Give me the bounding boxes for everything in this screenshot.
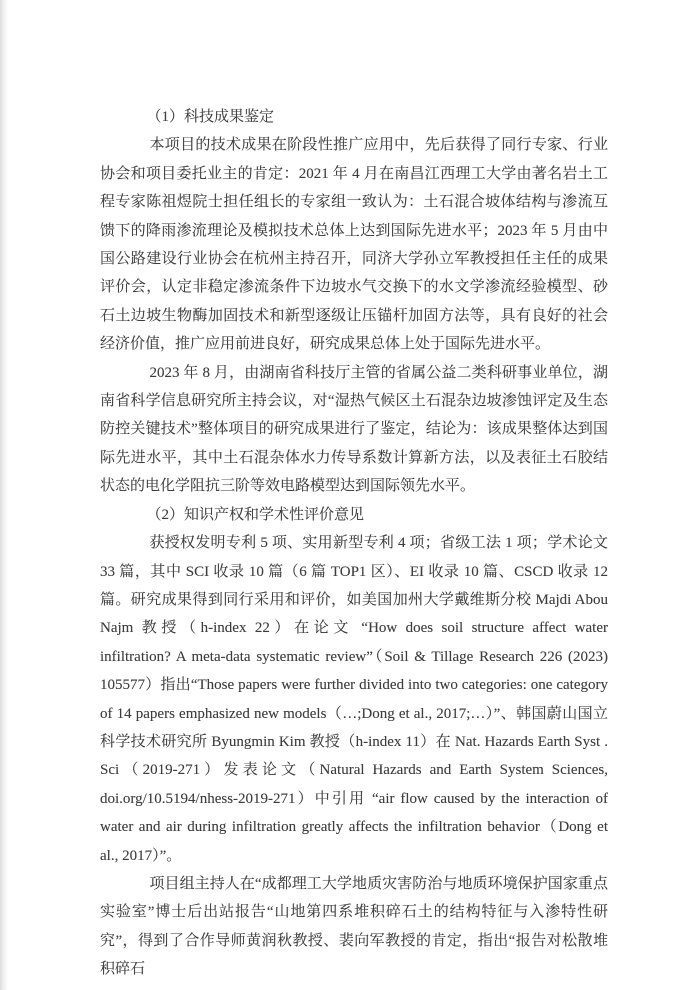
paragraph-postdoc-report: 项目组主持人在“成都理工大学地质灾害防治与地质环境保护国家重点实验室”博士后出站… [100,870,608,984]
section-heading-tech-achievement-appraisal: （1）科技成果鉴定 [100,103,608,131]
left-scan-shadow [0,0,8,990]
paragraph-patents-and-citations: 获授权发明专利 5 项、实用新型专利 4 项；省级工法 1 项；学术论文 33 … [100,529,608,870]
paragraph-appraisal-results: 本项目的技术成果在阶段性推广应用中，先后获得了同行专家、行业协会和项目委托业主的… [100,131,608,358]
page-content: （1）科技成果鉴定 本项目的技术成果在阶段性推广应用中，先后获得了同行专家、行业… [100,103,608,984]
paragraph-hunan-appraisal-meeting: 2023 年 8 月，由湖南省科技厅主管的省属公益二类科研事业单位，湖南省科学信… [100,359,608,501]
section-heading-ip-academic-evaluation: （2）知识产权和学术性评价意见 [100,501,608,529]
document-page: （1）科技成果鉴定 本项目的技术成果在阶段性推广应用中，先后获得了同行专家、行业… [0,0,700,990]
